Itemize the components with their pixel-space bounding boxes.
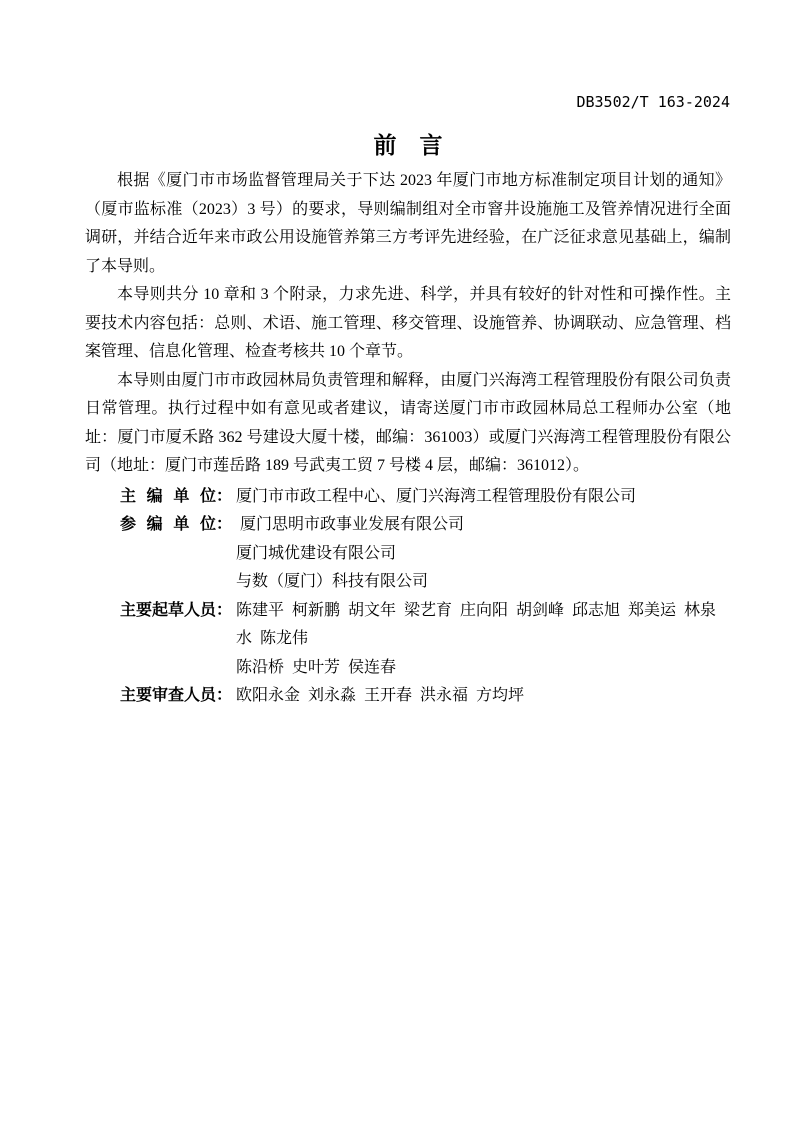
- credits-section: 主编单位： 厦门市市政工程中心、厦门兴海湾工程管理股份有限公司 参编单位： 厦门…: [85, 483, 731, 711]
- credit-label: 主编单位：: [120, 483, 232, 512]
- credit-label: 主要起草人员：: [120, 597, 232, 626]
- credit-line: 厦门城优建设有限公司: [236, 540, 731, 569]
- document-page: DB3502/T 163-2024 前 言 根据《厦门市市场监督管理局关于下达 …: [0, 0, 800, 1132]
- credit-label: 参编单位：: [120, 511, 232, 540]
- credit-label-colon: ：: [216, 516, 232, 533]
- credit-line: 陈沿桥 史叶芳 侯连春: [236, 654, 731, 683]
- credit-label-text: 主要审查人员: [120, 682, 216, 711]
- credit-row-co-editors: 参编单位： 厦门思明市政事业发展有限公司 厦门城优建设有限公司 与数（厦门）科技…: [85, 511, 731, 597]
- credit-line: 厦门思明市政事业发展有限公司: [236, 511, 731, 540]
- credit-values: 厦门市市政工程中心、厦门兴海湾工程管理股份有限公司: [232, 483, 731, 512]
- credit-label-text: 主编单位: [120, 483, 216, 512]
- credit-row-reviewers: 主要审查人员： 欧阳永金 刘永淼 王开春 洪永福 方均坪: [85, 682, 731, 711]
- page-title: 前 言: [85, 127, 731, 160]
- paragraph-basis: 根据《厦门市市场监督管理局关于下达 2023 年厦门市地方标准制定项目计划的通知…: [85, 167, 731, 281]
- credit-label-text: 参编单位: [120, 511, 216, 540]
- credit-label-colon: ：: [216, 488, 232, 505]
- credit-label: 主要审查人员：: [120, 682, 232, 711]
- standard-code: DB3502/T 163-2024: [576, 93, 730, 111]
- credit-values: 厦门思明市政事业发展有限公司 厦门城优建设有限公司 与数（厦门）科技有限公司: [232, 511, 731, 597]
- credit-label-colon: ：: [216, 687, 232, 704]
- credit-label-colon: ：: [216, 602, 232, 619]
- credit-row-chief-editor: 主编单位： 厦门市市政工程中心、厦门兴海湾工程管理股份有限公司: [85, 483, 731, 512]
- credit-line: 欧阳永金 刘永淼 王开春 洪永福 方均坪: [236, 682, 731, 711]
- foreword-content: 根据《厦门市市场监督管理局关于下达 2023 年厦门市地方标准制定项目计划的通知…: [85, 167, 731, 711]
- credit-line: 与数（厦门）科技有限公司: [236, 568, 731, 597]
- paragraph-structure: 本导则共分 10 章和 3 个附录，力求先进、科学，并具有较好的针对性和可操作性…: [85, 281, 731, 367]
- credit-line: 陈建平 柯新鹏 胡文年 梁艺育 庄向阳 胡剑峰 邱志旭 郑美运 林泉水 陈龙伟: [236, 597, 731, 654]
- credit-values: 欧阳永金 刘永淼 王开春 洪永福 方均坪: [232, 682, 731, 711]
- credit-values: 陈建平 柯新鹏 胡文年 梁艺育 庄向阳 胡剑峰 邱志旭 郑美运 林泉水 陈龙伟 …: [232, 597, 731, 683]
- credit-label-text: 主要起草人员: [120, 597, 216, 626]
- credit-line: 厦门市市政工程中心、厦门兴海湾工程管理股份有限公司: [236, 483, 731, 512]
- paragraph-management: 本导则由厦门市市政园林局负责管理和解释，由厦门兴海湾工程管理股份有限公司负责日常…: [85, 367, 731, 481]
- credit-row-drafters: 主要起草人员： 陈建平 柯新鹏 胡文年 梁艺育 庄向阳 胡剑峰 邱志旭 郑美运 …: [85, 597, 731, 683]
